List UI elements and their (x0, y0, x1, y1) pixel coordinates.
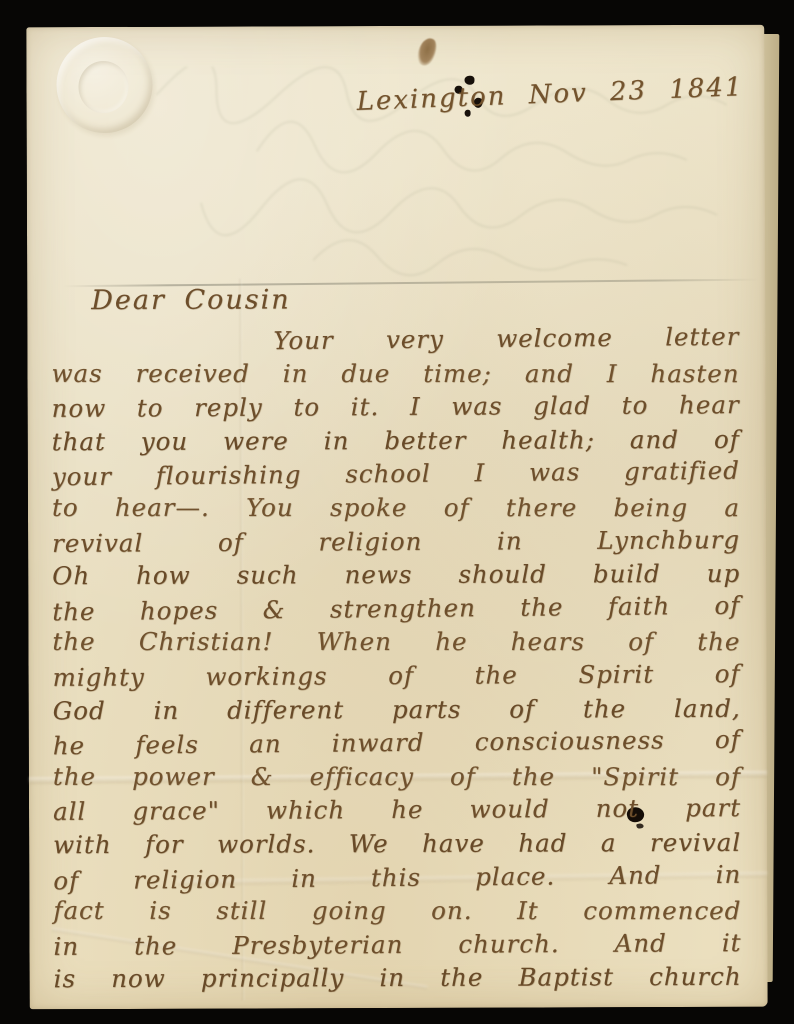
letter-line: in the Presbyterian church. And it (53, 927, 741, 964)
letter-line: all grace" which he would not part (53, 792, 741, 829)
scanned-letter-page: Lexington Nov 23 1841 Dear Cousin Your v… (0, 0, 794, 1024)
letter-line: Your very welcome letter (51, 321, 739, 361)
letter-line: was received in due time; and I hasten (51, 357, 739, 391)
letter-body: Your very welcome letterwas received in … (51, 323, 741, 997)
ink-smudge (415, 36, 438, 67)
letter-line: your flourishing school I was gratified (52, 455, 740, 495)
letter-line: with for worlds. We have had a revival (53, 827, 741, 863)
letter-line: to hear—. You spoke of there being a (52, 492, 740, 526)
letter-paper: Lexington Nov 23 1841 Dear Cousin Your v… (26, 25, 767, 1010)
letter-line: God in different parts of the land, (53, 692, 741, 728)
letter-line: Oh how such news should build up (52, 558, 740, 594)
letter-line: of religion in this place. And in (53, 858, 741, 898)
letter-line: the hopes & strengthen the faith of (52, 589, 740, 629)
letter-line: he feels an inward consciousness of (53, 724, 741, 764)
letter-line: the power & efficacy of the "Spirit of (53, 761, 741, 795)
letter-line: is now principally in the Baptist church (54, 961, 742, 997)
letter-line: revival of religion in Lynchburg (52, 524, 740, 561)
letter-line: that you were in better health; and of (52, 424, 740, 460)
letter-line: mighty workings of the Spirit of (52, 658, 740, 695)
letter-line: the Christian! When he hears of the (52, 626, 740, 660)
letter-line: now to reply to it. I was glad to hear (52, 389, 740, 426)
letter-line: fact is still going on. It commenced (53, 895, 741, 929)
letter-salutation: Dear Cousin (91, 284, 291, 316)
